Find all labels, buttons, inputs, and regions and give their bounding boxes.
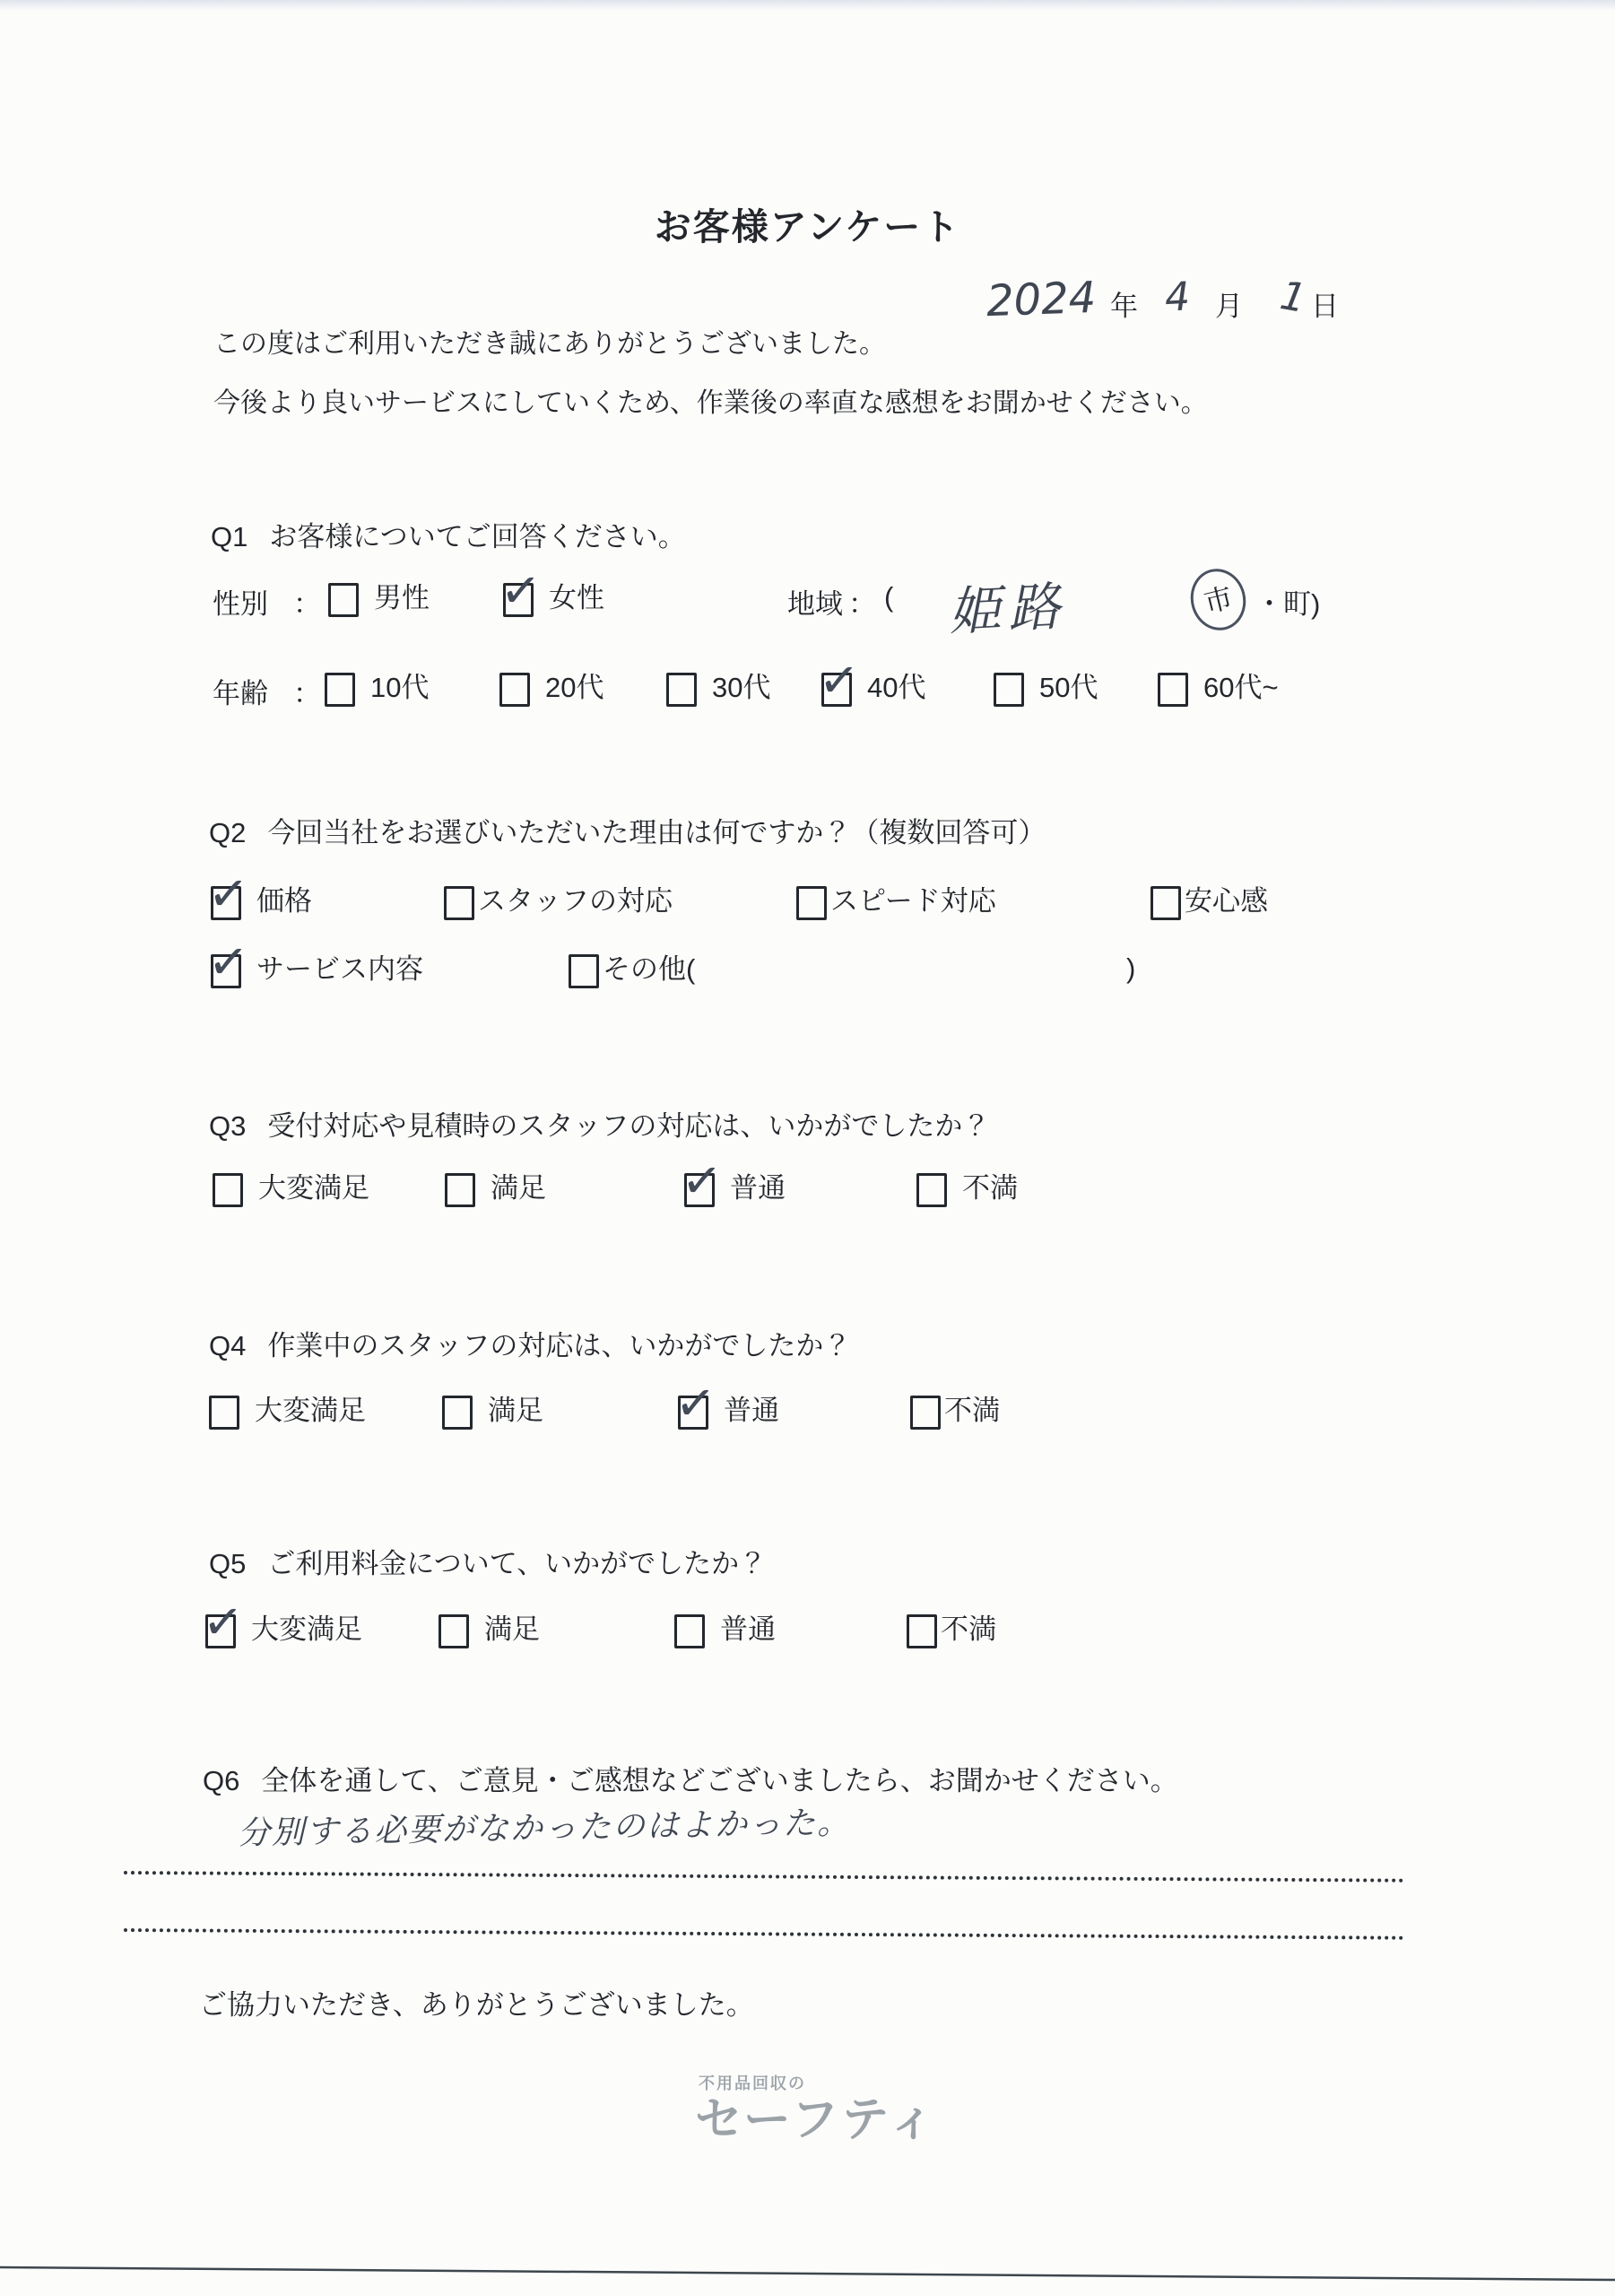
checkbox-age-20s[interactable] — [499, 673, 530, 707]
q3-option-satisfied: 満足 — [445, 1171, 546, 1207]
date-month-unit: 月 — [1215, 283, 1243, 324]
q5-number: Q5 — [209, 1548, 246, 1579]
q1-heading: Q1お客様についてご回答ください。 — [211, 514, 686, 554]
q4-options-row: 大変満足 満足 普通 不満 — [0, 1394, 1615, 1448]
q3-question: 受付対応や見積時のスタッフの対応は、いかがでしたか？ — [267, 1110, 990, 1142]
checkbox-q4-very-satisfied[interactable] — [209, 1396, 239, 1430]
date-year-unit: 年 — [1110, 283, 1138, 324]
comment-line-1 — [124, 1871, 1404, 1883]
scan-artifact-top-edge — [0, 0, 1615, 11]
q2-option-other: その他( — [569, 952, 695, 988]
checkbox-age-10s[interactable] — [325, 673, 355, 707]
closing-text: ご協力いただき、ありがとうございました。 — [199, 1982, 754, 2022]
q3-options-row: 大変満足 満足 普通 不満 — [0, 1171, 1615, 1225]
checkbox-q4-satisfied[interactable] — [442, 1396, 473, 1430]
age-colon: ： — [293, 671, 321, 711]
checkbox-gender-female[interactable] — [503, 583, 534, 617]
age-option-10s: 10代 — [325, 671, 429, 707]
q2-option-service-content: サービス内容 — [211, 952, 423, 988]
q4-number: Q4 — [209, 1330, 246, 1361]
q4-option-very-satisfied: 大変満足 — [209, 1394, 366, 1430]
page-title: お客様アンケート — [0, 197, 1615, 250]
date-day-unit: 日 — [1311, 283, 1339, 324]
q5-option-satisfied: 満足 — [438, 1613, 540, 1648]
q3-heading: Q3受付対応や見積時のスタッフの対応は、いかがでしたか？ — [209, 1103, 990, 1144]
checkbox-age-60s[interactable] — [1158, 673, 1188, 707]
q6-question: 全体を通して、ご意見・ご感想などございましたら、お聞かせください。 — [261, 1765, 1177, 1796]
logo-tagline: 不用品回収の — [699, 2075, 938, 2092]
checkbox-q3-satisfied[interactable] — [445, 1173, 475, 1207]
checkbox-q2-staff-response[interactable] — [444, 886, 474, 920]
region-value-handwritten: 姫路 — [947, 564, 1069, 646]
checkbox-q2-price[interactable] — [211, 886, 241, 920]
age-label: 年齢 — [213, 671, 268, 711]
age-option-20s: 20代 — [499, 671, 603, 707]
q2-option-staff-response: スタッフの対応 — [444, 884, 673, 920]
gender-female-label: 女性 — [549, 581, 604, 615]
date-month-handwritten: 4 — [1164, 274, 1192, 320]
q3-option-very-satisfied: 大変満足 — [213, 1171, 369, 1207]
q6-number: Q6 — [203, 1765, 239, 1796]
q3-number: Q3 — [209, 1110, 246, 1142]
q2-number: Q2 — [209, 817, 246, 848]
intro-line-2: 今後より良いサービスにしていくため、作業後の率直な感想をお聞かせください。 — [213, 380, 1208, 420]
age-option-40s: 40代 — [821, 671, 925, 707]
q4-question: 作業中のスタッフの対応は、いかがでしたか？ — [267, 1330, 851, 1361]
date-year-handwritten: 2024 — [985, 273, 1097, 326]
q1-question: お客様についてご回答ください。 — [269, 521, 685, 552]
q4-heading: Q4作業中のスタッフの対応は、いかがでしたか？ — [209, 1323, 851, 1363]
q3-option-neutral: 普通 — [684, 1171, 786, 1207]
region-open-paren: ( — [884, 581, 893, 613]
checkbox-q2-reassurance[interactable] — [1150, 886, 1181, 920]
gender-colon: ： — [293, 581, 321, 622]
q5-question: ご利用料金について、いかがでしたか？ — [267, 1548, 767, 1579]
intro-line-1: この度はご利用いただき誠にありがとうございました。 — [213, 321, 886, 361]
region-colon: ： — [848, 581, 876, 622]
q5-option-very-satisfied: 大変満足 — [205, 1613, 362, 1648]
checkbox-q5-satisfied[interactable] — [438, 1614, 469, 1648]
age-option-60s: 60代~ — [1158, 671, 1279, 707]
checkbox-q5-dissatisfied[interactable] — [907, 1614, 937, 1648]
q1-gender-region-row: 性別 ： 男性 女性 地域 ： ( 姫路 市 ・町) — [0, 581, 1615, 635]
age-option-50s: 50代 — [994, 671, 1098, 707]
checkbox-age-40s[interactable] — [821, 673, 852, 707]
checkbox-q3-very-satisfied[interactable] — [213, 1173, 243, 1207]
date-day-handwritten: 1 — [1277, 273, 1309, 322]
q2-heading: Q2今回当社をお選びいただいた理由は何ですか？（複数回答可） — [209, 810, 1046, 850]
checkbox-q4-dissatisfied[interactable] — [910, 1396, 941, 1430]
q5-options-row: 大変満足 満足 普通 不満 — [0, 1613, 1615, 1666]
q2-options-row-2: サービス内容 その他( ) — [0, 952, 1615, 1006]
region-city-circled: 市 — [1185, 563, 1253, 637]
checkbox-gender-male[interactable] — [328, 583, 359, 617]
q2-options-row-1: 価格 スタッフの対応 スピード対応 安心感 — [0, 884, 1615, 938]
q2-question: 今回当社をお選びいただいた理由は何ですか？（複数回答可） — [267, 817, 1046, 848]
gender-option-female: 女性 — [503, 581, 604, 617]
checkbox-q5-very-satisfied[interactable] — [205, 1614, 236, 1648]
q5-option-neutral: 普通 — [674, 1613, 776, 1648]
q4-option-satisfied: 満足 — [442, 1394, 543, 1430]
checkbox-q5-neutral[interactable] — [674, 1614, 705, 1648]
region-label: 地域 — [787, 581, 843, 622]
gender-option-male: 男性 — [328, 581, 430, 617]
q5-option-dissatisfied: 不満 — [907, 1613, 996, 1648]
checkbox-age-50s[interactable] — [994, 673, 1024, 707]
checkbox-q4-neutral[interactable] — [678, 1396, 708, 1430]
checkbox-q3-dissatisfied[interactable] — [916, 1173, 947, 1207]
checkbox-q2-other[interactable] — [569, 954, 599, 988]
q1-age-row: 年齢 ： 10代 20代 30代 40代 50代 60代~ — [0, 671, 1615, 725]
region-town-label: ・町) — [1255, 581, 1320, 622]
scanned-survey-page: お客様アンケート 2024 年 4 月 1 日 この度はご利用いただき誠にありが… — [0, 0, 1615, 2296]
checkbox-q3-neutral[interactable] — [684, 1173, 715, 1207]
checkbox-age-30s[interactable] — [666, 673, 697, 707]
q2-option-price: 価格 — [211, 884, 312, 920]
scan-artifact-bottom-edge — [0, 2258, 1615, 2285]
q2-option-speed: スピード対応 — [796, 884, 996, 920]
comment-line-2 — [124, 1928, 1404, 1940]
checkbox-q2-speed[interactable] — [796, 886, 827, 920]
age-option-30s: 30代 — [666, 671, 770, 707]
checkbox-q2-service-content[interactable] — [211, 954, 241, 988]
logo-name: セーフティ — [695, 2096, 938, 2144]
gender-label: 性別 — [213, 581, 268, 622]
q4-option-dissatisfied: 不満 — [910, 1394, 1000, 1430]
q5-heading: Q5ご利用料金について、いかがでしたか？ — [209, 1541, 767, 1581]
q2-option-reassurance: 安心感 — [1150, 884, 1268, 920]
q4-option-neutral: 普通 — [678, 1394, 779, 1430]
q6-answer-handwritten: 分別する必要がなかったのはよかった。 — [238, 1797, 852, 1854]
safety-logo: 不用品回収の セーフティ — [695, 2075, 938, 2144]
q2-other-close-paren: ) — [1126, 952, 1135, 985]
q3-option-dissatisfied: 不満 — [916, 1171, 1018, 1207]
q1-number: Q1 — [211, 521, 247, 552]
gender-male-label: 男性 — [374, 581, 430, 615]
date-line: 2024 年 4 月 1 日 — [0, 274, 1615, 328]
q6-heading: Q6全体を通して、ご意見・ご感想などございましたら、お聞かせください。 — [203, 1758, 1178, 1798]
